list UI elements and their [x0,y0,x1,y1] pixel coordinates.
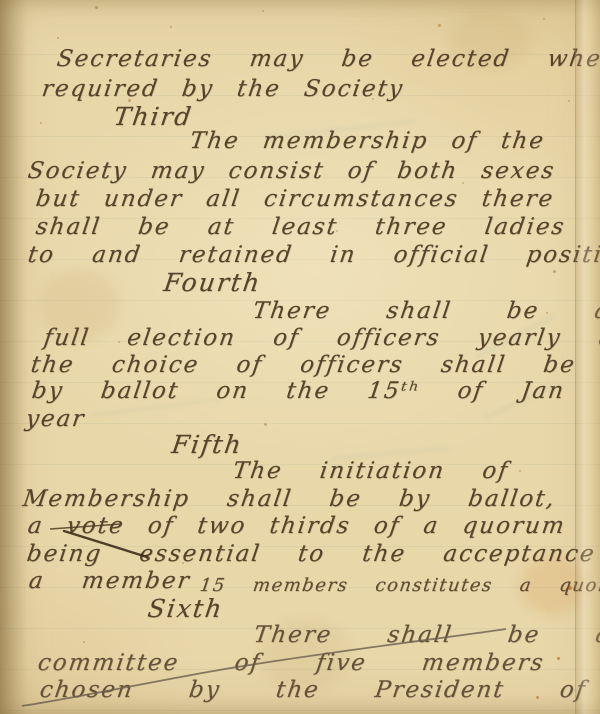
manuscript-line: Secretaries may be elected when [55,46,600,73]
manuscript-line: the choice of officers shall be made [29,352,600,379]
manuscript-line: Membership shall be by ballot, [21,486,558,513]
page-gutter-shadow [0,0,28,714]
foxing-spot [57,37,59,39]
page-edge-crease [575,0,600,714]
foxing-spot [95,6,98,9]
manuscript-page: Secretaries may be elected when required… [0,0,600,714]
manuscript-line: full election of officers yearly and [42,325,600,352]
section-heading-fifth: Fifth [170,431,245,458]
manuscript-line: to and retained in official positions, [26,242,600,269]
manuscript-line: by ballot on the 15ᵗʰ of Jan of Each [30,378,600,405]
foxing-spot [40,122,42,124]
foxing-spot [170,26,172,28]
manuscript-line: shall be at least three ladies elected [34,214,600,241]
manuscript-line: a member [27,568,192,595]
manuscript-line-struck: chosen by the President of the [38,677,600,704]
manuscript-line-struck: committee of five members [36,650,546,677]
manuscript-line: Society may consist of both sexes [26,158,557,185]
manuscript-line: being essential to the acceptance of [25,541,600,568]
section-heading-fourth: Fourth [162,269,263,296]
foxing-spot [553,270,556,273]
manuscript-line: a vote of two thirds of a quorum [26,513,568,540]
foxing-spot [83,641,85,643]
foxing-spot [262,10,264,12]
foxing-spot [557,657,560,660]
manuscript-line: required by the Society [40,76,406,103]
foxing-spot [568,100,570,102]
manuscript-line-quorum-note: 15 members constitutes a quorum [198,572,600,599]
section-heading-sixth: Sixth [146,595,225,622]
foxing-spot [519,470,521,472]
manuscript-line: year [24,406,87,433]
manuscript-line: The membership of the [188,128,547,155]
foxing-spot [264,423,267,426]
manuscript-line: The initiation of [231,458,511,485]
manuscript-line: There shall be a [251,298,600,325]
foxing-spot [543,18,545,20]
manuscript-line: but under all circumstances there [34,186,556,213]
section-heading-third: Third [112,103,195,130]
foxing-spot [438,24,441,27]
manuscript-line-struck: There shall be a [252,622,600,649]
